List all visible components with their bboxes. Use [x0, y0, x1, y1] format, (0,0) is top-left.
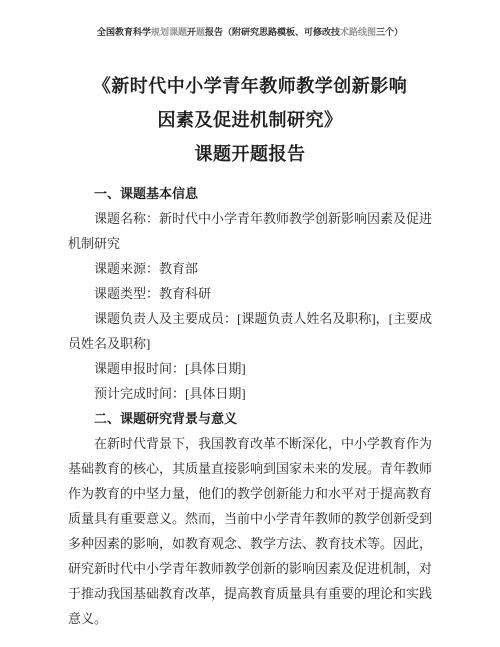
document-title: 《新时代中小学青年教师教学创新影响 因素及促进机制研究》 课题开题报告 — [0, 69, 500, 171]
section-heading-basic-info: 一、课题基本信息 — [68, 181, 432, 206]
paragraph-completion-date: 预计完成时间：[具体日期] — [68, 381, 432, 406]
header-segment: 规划课题 — [151, 27, 187, 37]
paragraph-background-text: 在新时代背景下，我国教育改革不断深化，中小学教育作为基础教育的核心，其质量直接影… — [68, 431, 432, 631]
paragraph-application-date: 课题申报时间：[具体日期] — [68, 356, 432, 381]
header-segment: （附研究思路模板、可修改技 — [223, 27, 340, 37]
document-title-line-1: 《新时代中小学青年教师教学创新影响 — [0, 69, 500, 103]
header-segment: 全国教育科学 — [97, 27, 151, 37]
paragraph-project-members: 课题负责人及主要成员：[课题负责人姓名及职称]，[主要成员姓名及职称] — [68, 306, 432, 356]
paragraph-project-source: 课题来源：教育部 — [68, 256, 432, 281]
document-header-line: 全国教育科学规划课题开题报告（附研究思路模板、可修改技术路线图三个） — [0, 0, 500, 39]
section-heading-background: 二、课题研究背景与意义 — [68, 406, 432, 431]
paragraph-project-name: 课题名称：新时代中小学青年教师教学创新影响因素及促进机制研究 — [68, 206, 432, 256]
header-segment: 开 — [187, 27, 196, 37]
document-body: 一、课题基本信息 课题名称：新时代中小学青年教师教学创新影响因素及促进机制研究 … — [68, 181, 432, 631]
header-segment: 题 — [196, 27, 205, 37]
header-segment: 术路线图 — [340, 27, 376, 37]
header-segment: 三个） — [376, 27, 403, 37]
paragraph-project-type: 课题类型：教育科研 — [68, 281, 432, 306]
document-title-line-2: 因素及促进机制研究》 — [0, 103, 500, 137]
header-segment: 报告 — [205, 27, 223, 37]
document-title-line-3: 课题开题报告 — [0, 137, 500, 171]
document-page: 全国教育科学规划课题开题报告（附研究思路模板、可修改技术路线图三个） 《新时代中… — [0, 0, 500, 647]
